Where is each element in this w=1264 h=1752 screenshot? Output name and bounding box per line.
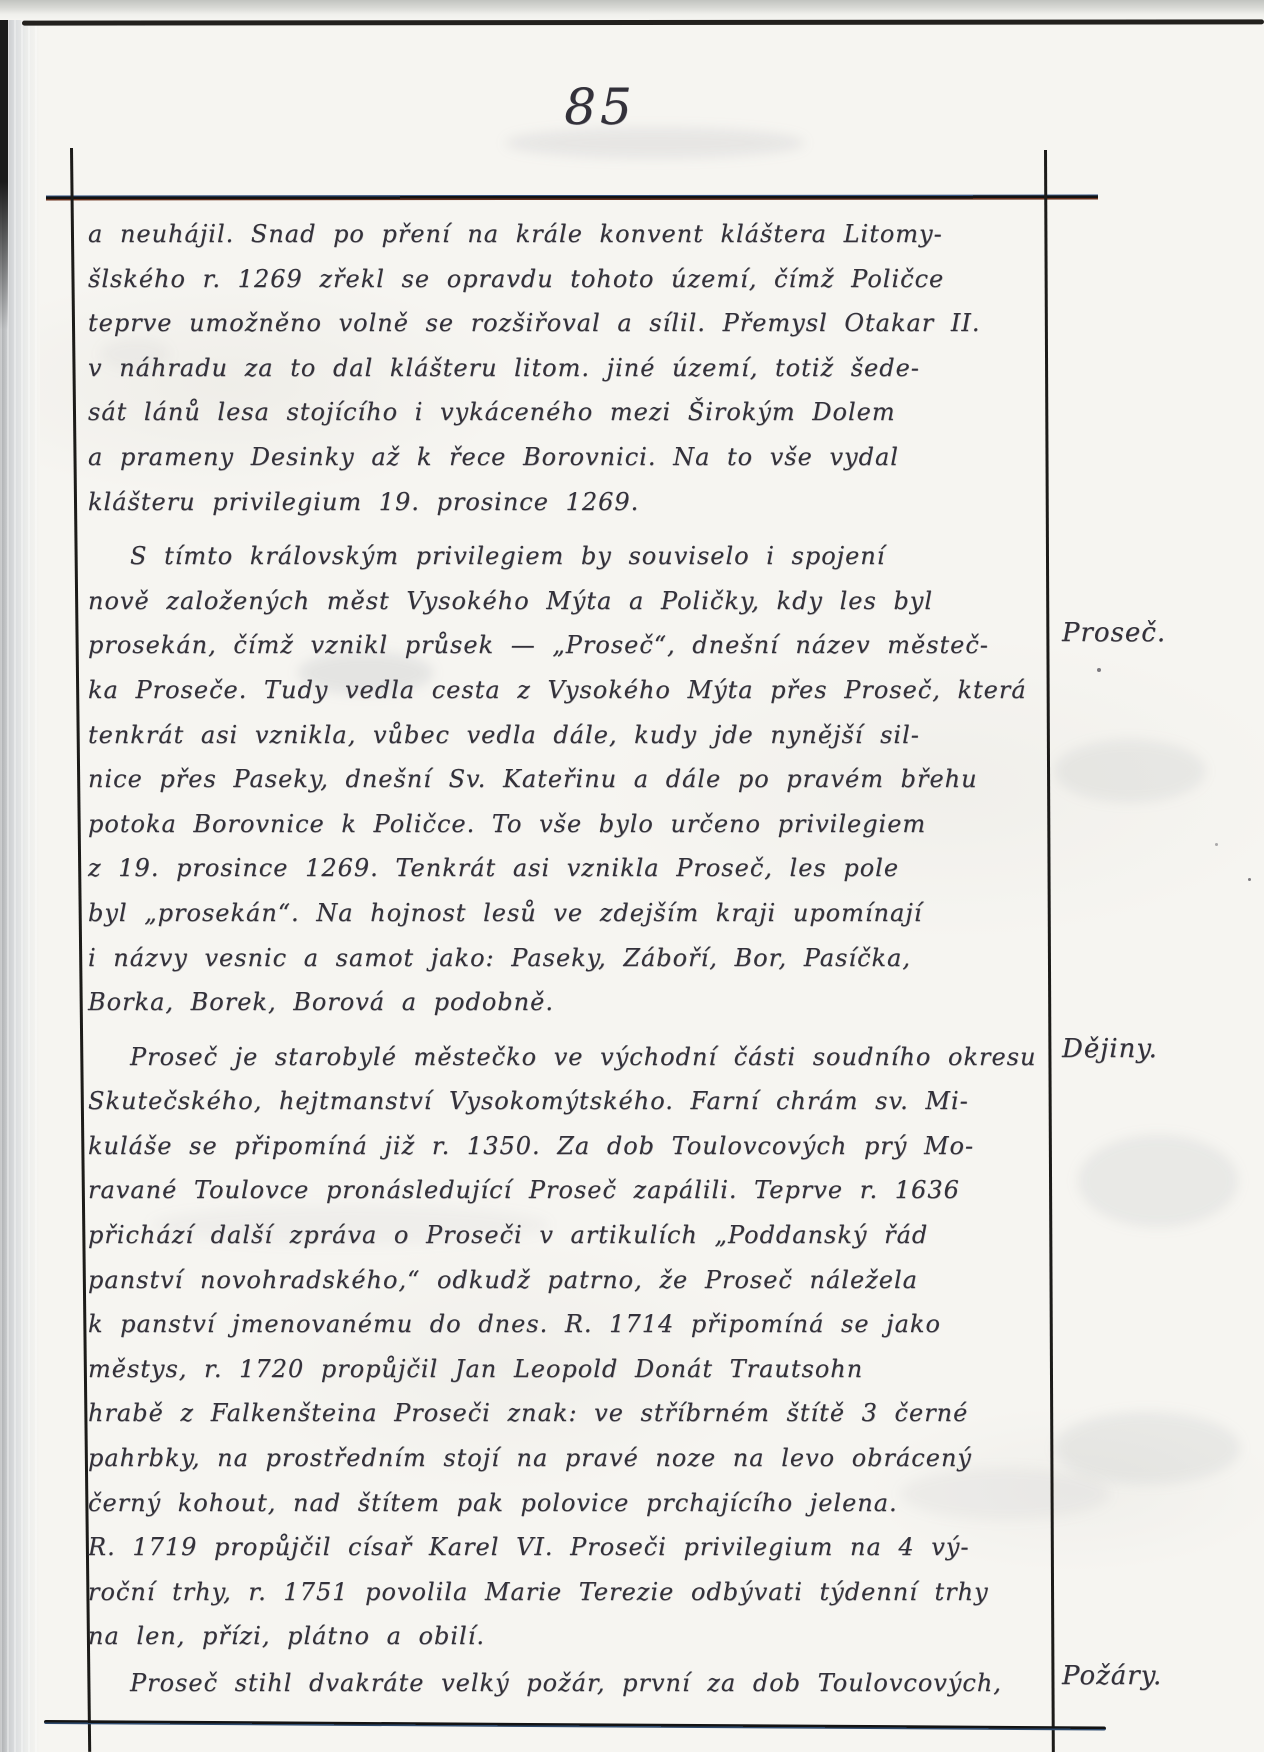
- text-line: byl „prosekán“. Na hojnost lesů ve zdejš…: [88, 891, 1042, 936]
- text-line: roční trhy, r. 1751 povolila Marie Terez…: [88, 1570, 1042, 1615]
- text-line: pahrbky, na prostředním stojí na pravé n…: [88, 1436, 1042, 1481]
- text-line: Skutečského, hejtmanství Vysokomýtského.…: [88, 1079, 1042, 1124]
- text-line: nově založených měst Vysokého Mýta a Pol…: [88, 579, 1042, 624]
- scan-left-shadow: [0, 0, 8, 330]
- text-line: z 19. prosince 1269. Tenkrát asi vznikla…: [88, 846, 1042, 891]
- scan-top-edge: [0, 0, 1264, 20]
- text-line: městys, r. 1720 propůjčil Jan Leopold Do…: [88, 1347, 1042, 1392]
- text-line: R. 1719 propůjčil císař Karel VI. Proseč…: [88, 1525, 1042, 1570]
- text-line: S tímto královským privilegiem by souvis…: [88, 534, 1042, 579]
- paragraph: Proseč stihl dvakráte velký požár, první…: [88, 1661, 1042, 1706]
- text-line: prosekán, čímž vznikl průsek — „Proseč“,…: [88, 623, 1042, 668]
- text-line: hrabě z Falkenšteina Proseči znak: ve st…: [88, 1391, 1042, 1436]
- text-line: potoka Borovnice k Poličce. To vše bylo …: [88, 802, 1042, 847]
- bleedthrough-smudge: [1055, 1412, 1240, 1484]
- margin-note-pozary: Požáry.: [1062, 1661, 1162, 1691]
- text-line: Borka, Borek, Borová a podobně.: [88, 980, 1042, 1025]
- text-line: teprve umožněno volně se rozšiřoval a sí…: [88, 301, 1042, 346]
- bleedthrough-smudge: [1055, 740, 1205, 802]
- text-line: přichází další zpráva o Proseči v artiku…: [88, 1213, 1042, 1258]
- paragraph: Proseč je starobylé městečko ve východní…: [88, 1035, 1042, 1659]
- text-line: panství novohradského,“ odkudž patrno, ž…: [88, 1258, 1042, 1303]
- text-line: černý kohout, nad štítem pak polovice pr…: [88, 1481, 1042, 1526]
- margin-note-dejiny: Dějiny.: [1062, 1034, 1158, 1064]
- manuscript-text: a neuhájil. Snad po pření na krále konve…: [88, 212, 1042, 1706]
- text-line: v náhradu za to dal klášteru litom. jiné…: [88, 346, 1042, 391]
- text-line: i názvy vesnic a samot jako: Paseky, Záb…: [88, 936, 1042, 981]
- paragraph: a neuhájil. Snad po pření na krále konve…: [88, 212, 1042, 524]
- paragraph: S tímto královským privilegiem by souvis…: [88, 534, 1042, 1025]
- text-line: nice přes Paseky, dnešní Sv. Kateřinu a …: [88, 757, 1042, 802]
- text-line: ka Proseče. Tudy vedla cesta z Vysokého …: [88, 668, 1042, 713]
- ink-dot: [1097, 668, 1101, 672]
- text-line: kuláše se připomíná již r. 1350. Za dob …: [88, 1124, 1042, 1169]
- text-line: na len, přízi, plátno a obilí.: [88, 1614, 1042, 1659]
- text-line: ravané Toulovce pronásledující Proseč za…: [88, 1168, 1042, 1213]
- page-number: 85: [540, 78, 660, 136]
- text-line: tenkrát asi vznikla, vůbec vedla dále, k…: [88, 713, 1042, 758]
- frame-top-rule: [46, 195, 1098, 201]
- bleedthrough-smudge: [1078, 1135, 1238, 1227]
- text-line: Proseč je starobylé městečko ve východní…: [88, 1035, 1042, 1080]
- text-line: k panství jmenovanému do dnes. R. 1714 p…: [88, 1302, 1042, 1347]
- ink-dot: [1215, 843, 1218, 846]
- text-line: sát lánů lesa stojícího i vykáceného mez…: [88, 390, 1042, 435]
- text-line: šlského r. 1269 zřekl se opravdu tohoto …: [88, 257, 1042, 302]
- text-line: Proseč stihl dvakráte velký požár, první…: [88, 1661, 1042, 1706]
- text-line: a prameny Desinky až k řece Borovnici. N…: [88, 435, 1042, 480]
- text-line: a neuhájil. Snad po pření na krále konve…: [88, 212, 1042, 257]
- text-line: klášteru privilegium 19. prosince 1269.: [88, 480, 1042, 525]
- margin-note-prosec: Proseč.: [1062, 618, 1166, 648]
- ink-dot: [1248, 878, 1251, 881]
